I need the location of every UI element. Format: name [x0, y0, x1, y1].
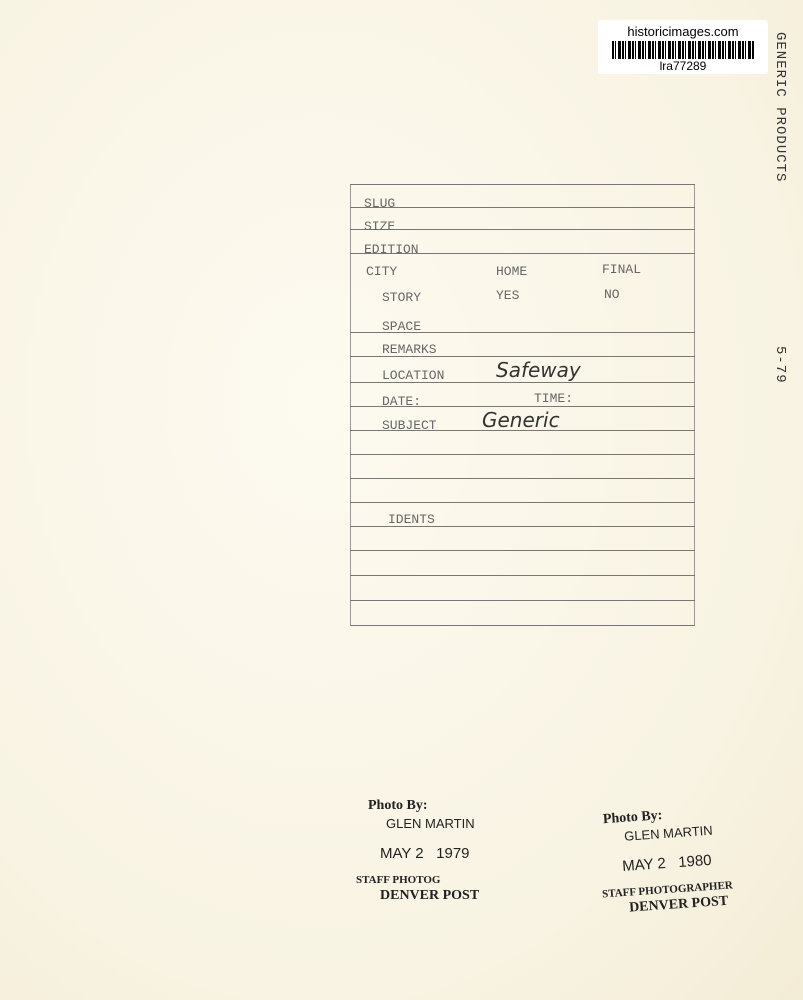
- final-label: FINAL: [602, 262, 641, 277]
- story-label: STORY: [382, 290, 421, 305]
- form-row: [350, 332, 695, 333]
- form-row: [350, 430, 695, 431]
- form-row: [350, 550, 695, 551]
- side-title: GENERIC PRODUCTS: [772, 32, 788, 182]
- stamp-paper: DENVER POST: [380, 888, 479, 904]
- remarks-label: REMARKS: [382, 342, 437, 357]
- side-date: 5-79: [772, 346, 788, 384]
- form-row: [350, 356, 695, 357]
- home-label: HOME: [496, 264, 527, 279]
- stamp-photo-by: Photo By:: [368, 798, 479, 814]
- form-row: [350, 382, 695, 383]
- form-row: [350, 625, 695, 626]
- location-label: LOCATION: [382, 368, 444, 383]
- time-label: TIME:: [534, 391, 573, 406]
- label-code: lra77289: [598, 59, 768, 73]
- archive-label: historicimages.com lra77289: [598, 20, 768, 74]
- form-row: [350, 406, 695, 407]
- slug-form: SLUG SIZE EDITION CITY HOME FINAL STORY …: [350, 184, 695, 626]
- no-label: NO: [604, 287, 620, 302]
- photo-stamp-1980: Photo By: GLEN MARTIN MAY 2 1980 STAFF P…: [596, 804, 734, 919]
- form-row: [350, 206, 695, 230]
- label-site: historicimages.com: [598, 24, 768, 39]
- stamp-date: MAY 2 1979: [380, 845, 479, 862]
- stamp-date: MAY 2 1980: [622, 850, 732, 875]
- barcode: [612, 41, 754, 59]
- form-row: [350, 478, 695, 479]
- idents-label: IDENTS: [388, 512, 435, 527]
- stamp-staff: STAFF PHOTOG: [356, 874, 479, 886]
- form-row: [350, 600, 695, 601]
- yes-label: YES: [496, 288, 519, 303]
- city-label: CITY: [366, 264, 397, 279]
- edition-label: EDITION: [364, 242, 419, 257]
- form-row: [350, 502, 695, 503]
- form-row: [350, 575, 695, 576]
- form-row: [350, 184, 695, 208]
- form-row: [350, 454, 695, 455]
- subject-value: Generic: [482, 408, 560, 432]
- photo-stamp-1979: Photo By: GLEN MARTIN MAY 2 1979 STAFF P…: [356, 798, 479, 904]
- stamp-name: GLEN MARTIN: [386, 816, 479, 831]
- form-row: [350, 526, 695, 527]
- location-value: Safeway: [496, 358, 581, 382]
